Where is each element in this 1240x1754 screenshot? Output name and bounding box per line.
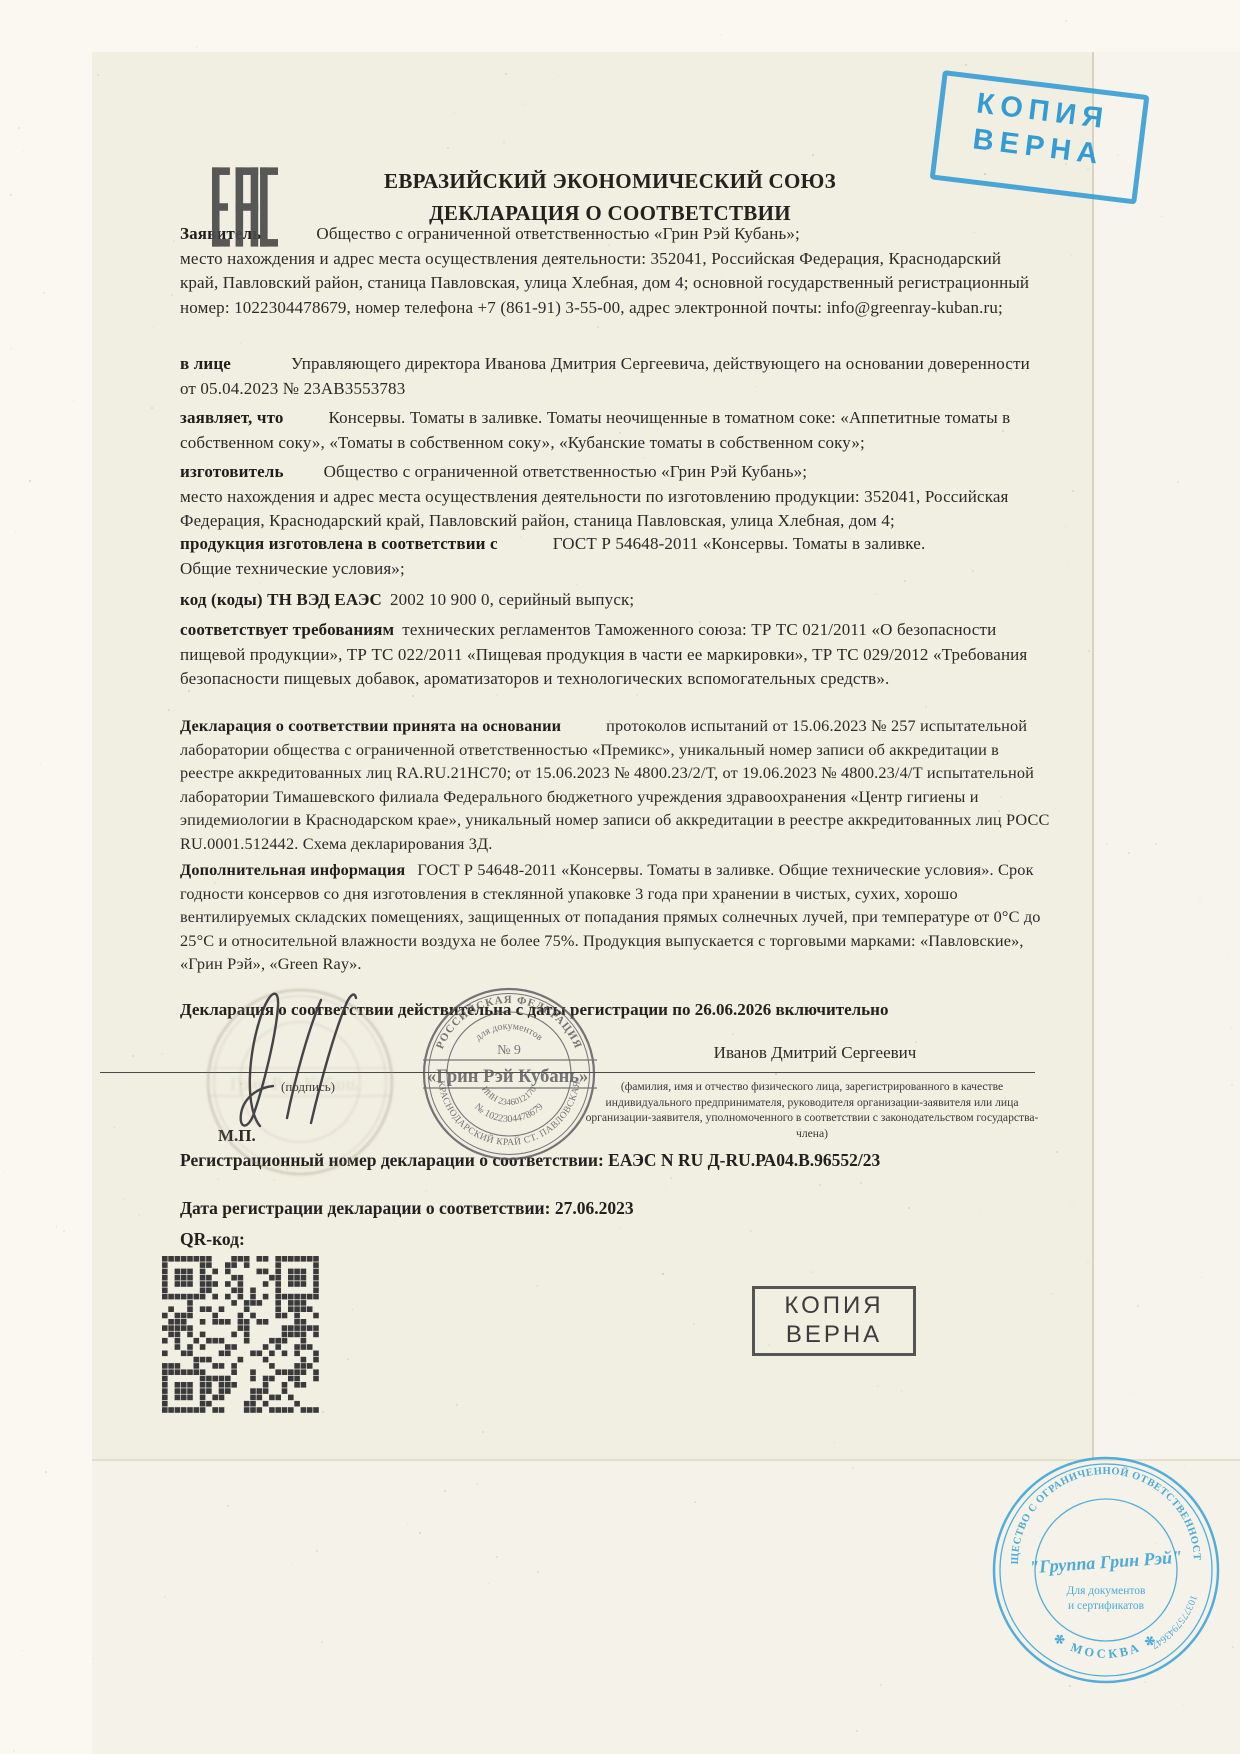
scanned-declaration-page: ЕВРАЗИЙСКИЙ ЭКОНОМИЧЕСКИЙ СОЮЗ ДЕКЛАРАЦИ… <box>0 0 1240 1754</box>
section-tnved-code: код (коды) ТН ВЭД ЕАЭС2002 10 900 0, сер… <box>180 588 1040 613</box>
section-body: Общество с ограниченной ответственностью… <box>180 462 1013 530</box>
company-round-stamp: РОССИЙСКАЯ ФЕДЕРАЦИЯ для документов № 9 … <box>397 962 677 1192</box>
stamp-purpose-arc: для документов <box>473 1021 545 1043</box>
section-manufacturer: изготовительОбщество с ограниченной отве… <box>180 460 1040 534</box>
blue-round-stamp: ОБЩЕСТВО С ОГРАНИЧЕННОЙ ОТВЕТСТВЕННОСТЬЮ… <box>978 1442 1234 1698</box>
ghost-stamp: Грин Рэй Кубань <box>208 990 392 1174</box>
svg-text:✻ МОСКВА ✻: ✻ МОСКВА ✻ <box>1051 1631 1161 1661</box>
registration-date-value: 27.06.2023 <box>555 1198 634 1218</box>
section-body: Консервы. Томаты в заливке. Томаты неочи… <box>180 408 1015 452</box>
blue-stamp-sub2: и сертификатов <box>1068 1600 1145 1612</box>
handwritten-signature <box>241 994 356 1126</box>
paper-margin-right <box>1094 52 1240 1460</box>
svg-text:ОБЩЕСТВО С ОГРАНИЧЕННОЙ ОТВЕТС: ОБЩЕСТВО С ОГРАНИЧЕННОЙ ОТВЕТСТВЕННОСТЬЮ <box>972 1434 1202 1565</box>
section-label: заявляет, что <box>180 408 284 427</box>
blue-stamp-sub1: Для документов <box>1067 1585 1147 1597</box>
qr-code-label: QR-код: <box>180 1229 245 1250</box>
section-label: изготовитель <box>180 462 284 481</box>
union-title: ЕВРАЗИЙСКИЙ ЭКОНОМИЧЕСКИЙ СОЮЗ <box>180 166 1040 197</box>
section-body: Управляющего директора Иванова Дмитрия С… <box>180 354 1034 398</box>
section-body: протоколов испытаний от 15.06.2023 № 257… <box>180 716 1054 853</box>
section-label: продукция изготовлена в соответствии с <box>180 534 498 553</box>
section-label: соответствует требованиям <box>180 620 394 639</box>
copy-stamp-line1: КОПИЯ <box>755 1291 913 1320</box>
section-label: в лице <box>180 354 231 373</box>
section-body: 2002 10 900 0, серийный выпуск; <box>390 590 634 609</box>
registration-date-line: Дата регистрации декларации о соответств… <box>180 1198 634 1219</box>
section-applicant: ЗаявительОбщество с ограниченной ответст… <box>180 222 1040 320</box>
section-basis: Декларация о соответствии принята на осн… <box>180 714 1052 855</box>
stamp-number: № 9 <box>497 1043 521 1058</box>
qr-code <box>160 1254 322 1416</box>
section-label: код (коды) ТН ВЭД ЕАЭС <box>180 590 382 609</box>
eac-logo-icon <box>212 166 278 248</box>
svg-text:для документов: для документов <box>473 1021 545 1043</box>
blue-stamp-company-form-arc: ОБЩЕСТВО С ОГРАНИЧЕННОЙ ОТВЕТСТВЕННОСТЬЮ <box>972 1434 1202 1565</box>
section-produced-per: продукция изготовлена в соответствии сГО… <box>180 532 1040 581</box>
section-complies-with: соответствует требованиямтехнических рег… <box>180 618 1040 692</box>
section-label: Декларация о соответствии принята на осн… <box>180 716 561 735</box>
page-edge-line <box>1092 52 1094 1460</box>
registration-date-label: Дата регистрации декларации о соответств… <box>180 1198 550 1218</box>
copy-stamp-line2: ВЕРНА <box>755 1320 913 1349</box>
blue-stamp-city-arc: ✻ МОСКВА ✻ <box>1051 1631 1161 1661</box>
section-label: Дополнительная информация <box>180 860 405 879</box>
copy-verna-stamp-black: КОПИЯ ВЕРНА <box>752 1286 916 1356</box>
section-represented-by: в лицеУправляющего директора Иванова Дми… <box>180 352 1040 401</box>
section-body: Общество с ограниченной ответственностью… <box>180 224 1034 317</box>
section-declares: заявляет, чтоКонсервы. Томаты в заливке.… <box>180 406 1040 455</box>
stamp-band-company-name: «Грин Рэй Кубань» <box>427 1067 588 1087</box>
blue-stamp-center-name: "Группа Грин Рэй" <box>1029 1547 1183 1578</box>
